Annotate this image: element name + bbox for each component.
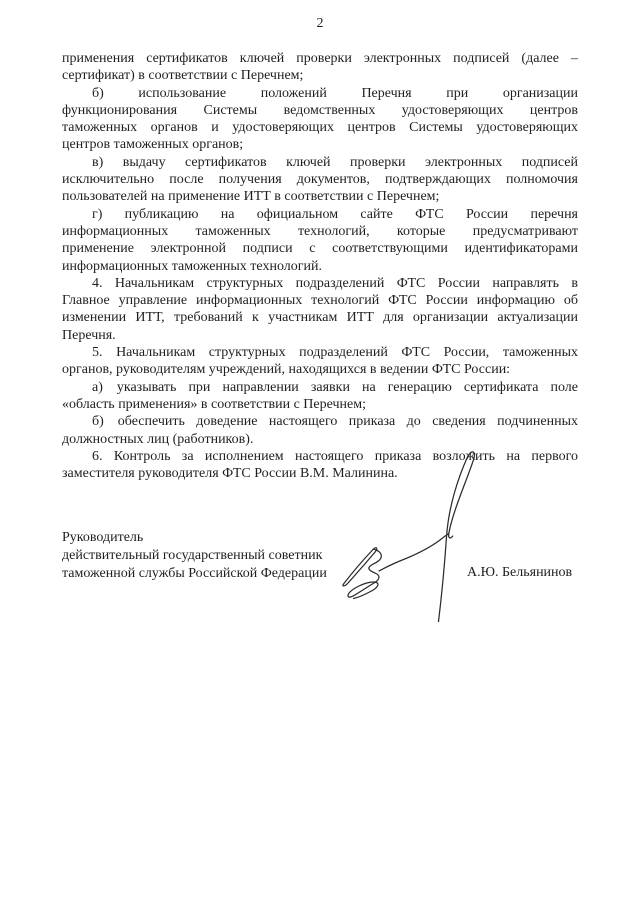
- signatory-title-line: таможенной службы Российской Федерации: [62, 565, 462, 583]
- text-line: изменении ИТТ, требований к участникам И…: [62, 309, 578, 326]
- signatory-title-line: Руководитель: [62, 529, 462, 547]
- text-line: Главное управление информационных технол…: [62, 292, 578, 309]
- text-line: должностных лиц (работников).: [62, 431, 578, 448]
- text-line: сертификат) в соответствии с Перечнем;: [62, 67, 578, 84]
- text-line: органов, руководителям учреждений, наход…: [62, 361, 578, 378]
- text-line: информационных таможенных технологий.: [62, 258, 578, 275]
- text-line: информационных таможенных технологий, ко…: [62, 223, 578, 240]
- signature-stroke: [348, 582, 378, 599]
- signature-block: Руководитель действительный государствен…: [62, 529, 462, 582]
- text-line: пользователей на применение ИТТ в соотве…: [62, 188, 578, 205]
- text-line: «область применения» в соответствии с Пе…: [62, 396, 578, 413]
- text-line: заместителя руководителя ФТС России В.М.…: [62, 465, 578, 482]
- text-line: Перечня.: [62, 327, 578, 344]
- text-line: 5. Начальникам структурных подразделений…: [62, 344, 578, 361]
- text-line: в) выдачу сертификатов ключей проверки э…: [62, 154, 578, 171]
- signatory-name: А.Ю. Бельянинов: [467, 565, 572, 581]
- text-line: применение электронной подписи с соответ…: [62, 240, 578, 257]
- text-line: функционирования Системы ведомственных у…: [62, 102, 578, 119]
- text-line: б) использование положений Перечня при о…: [62, 85, 578, 102]
- text-line: г) публикацию на официальном сайте ФТС Р…: [62, 206, 578, 223]
- document-body: применения сертификатов ключей проверки …: [62, 50, 578, 482]
- signatory-title-line: действительный государственный советник: [62, 547, 462, 565]
- page-number: 2: [62, 16, 578, 32]
- text-line: центров таможенных органов;: [62, 136, 578, 153]
- text-line: исключительно после получения документов…: [62, 171, 578, 188]
- text-line: таможенных органов и удостоверяющих цент…: [62, 119, 578, 136]
- text-line: 6. Контроль за исполнением настоящего пр…: [62, 448, 578, 465]
- text-line: а) указывать при направлении заявки на г…: [62, 379, 578, 396]
- text-line: б) обеспечить доведение настоящего прика…: [62, 413, 578, 430]
- document-page: 2 применения сертификатов ключей проверк…: [0, 0, 640, 905]
- text-line: применения сертификатов ключей проверки …: [62, 50, 578, 67]
- text-line: 4. Начальникам структурных подразделений…: [62, 275, 578, 292]
